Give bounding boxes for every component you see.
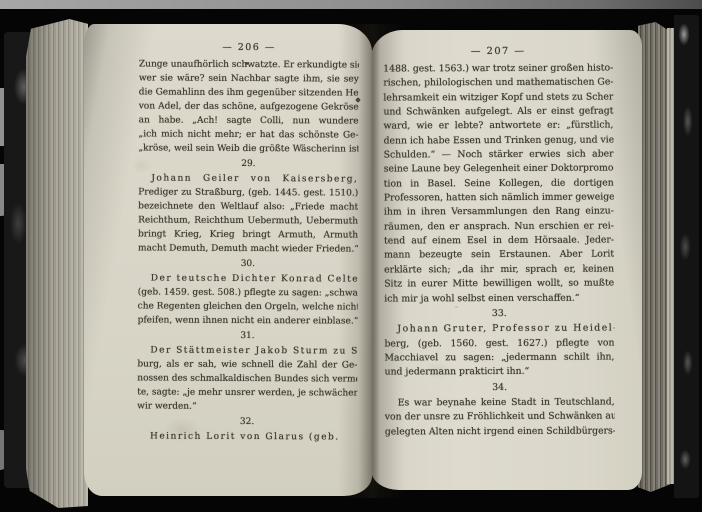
text-line: 1488. gest. 1563.) war trotz seiner groß… bbox=[383, 61, 613, 76]
text-line: Prediger zu Straßburg, (geb. 1445. gest.… bbox=[138, 185, 358, 200]
text-line: Professoren, hatten sich nämlich immer g… bbox=[384, 191, 614, 206]
page-fore-edge-right bbox=[638, 22, 670, 492]
text-line: bringt Krieg, Krieg bringt Armuth, Armut… bbox=[138, 227, 358, 242]
paragraph: Heinrich Lorit von Glarus (geb. bbox=[137, 429, 357, 444]
text-line: ward, wie er lebte? antwortete er: „fürs… bbox=[383, 119, 613, 134]
text-line: an habe. „Ach! sagte Colli, nun wundere bbox=[139, 113, 359, 128]
text-line: mann bezeugte sein Erstaunen. Aber Lorit bbox=[384, 248, 614, 263]
text-line: Johann Geiler von Kaisersberg, bbox=[138, 171, 358, 186]
text-line: Johann Gruter, Professor zu Heidel- bbox=[384, 322, 614, 337]
right-page-text: — 207 — 1488. gest. 1563.) war trotz sei… bbox=[383, 46, 615, 440]
text-line: lehrsamkeit ein witziger Kopf und stets … bbox=[383, 90, 613, 105]
section-number: 30. bbox=[138, 256, 358, 271]
paragraph: Der Stättmeister Jakob Sturm zu Straß-bu… bbox=[137, 343, 357, 414]
text-line: rischen, philologischen und mathematisch… bbox=[383, 76, 613, 91]
text-line: gelegten Alten nicht irgend einen Schild… bbox=[385, 424, 615, 439]
text-line: Sitz in eurer Mitte bewilligen wollt, so… bbox=[384, 277, 614, 292]
text-line: und jedermann prakticirt ihn.“ bbox=[385, 365, 615, 380]
text-line: „kröse, weil sein Weib die größte Wäsche… bbox=[138, 141, 358, 156]
paragraph: Zunge unaufhörlich schwatzte. Er erkundi… bbox=[138, 57, 359, 156]
text-line: Heinrich Lorit von Glarus (geb. bbox=[137, 429, 357, 444]
page-number-right: — 207 — bbox=[383, 46, 613, 58]
page-number-left: — 206 — bbox=[139, 41, 359, 53]
text-line: Der teutsche Dichter Konrad Celtes bbox=[138, 271, 358, 286]
photo-of-open-book: — 206 — Zunge unaufhörlich schwatzte. Er… bbox=[0, 0, 702, 512]
text-line: tend auf einem Esel in dem Hörsaale. Jed… bbox=[384, 234, 614, 249]
text-line: von Adel, der das schöne, aufgezogene Ge… bbox=[139, 99, 359, 114]
text-line: te, sagte: „je mehr unsrer werden, je sc… bbox=[137, 385, 357, 400]
page-fore-edge-left bbox=[26, 18, 88, 508]
text-line: seine Laune bey Gelegenheit einer Doktor… bbox=[384, 162, 614, 177]
section-number: 32. bbox=[137, 414, 357, 429]
text-line: berg, (geb. 1560. gest. 1627.) pflegte v… bbox=[384, 336, 614, 351]
section-number: 29. bbox=[138, 156, 358, 171]
text-line: (geb. 1459. gest. 508.) pflegte zu sagen… bbox=[138, 285, 358, 300]
left-page-text: — 206 — Zunge unaufhörlich schwatzte. Er… bbox=[137, 41, 359, 444]
ink-speck bbox=[500, 120, 503, 123]
text-line: erklärte sich; „da ihr mir, sprach er, k… bbox=[384, 262, 614, 277]
text-line: ich mir ja wohl selbst einen verschaffen… bbox=[384, 291, 614, 306]
ink-speck bbox=[455, 306, 458, 308]
left-page-blocks: Zunge unaufhörlich schwatzte. Er erkundi… bbox=[137, 57, 359, 444]
paragraph: Johann Gruter, Professor zu Heidel-berg,… bbox=[384, 322, 614, 380]
text-line: tion in Basel. Seine Kollegen, die dorti… bbox=[384, 176, 614, 191]
text-line: und Schwänken aufgelegt. Als er einst ge… bbox=[383, 105, 613, 120]
text-line: Der Stättmeister Jakob Sturm zu Straß- bbox=[137, 343, 357, 358]
text-line: räumen, den er ansprach. Nun erschien er… bbox=[384, 219, 614, 234]
text-line: Zunge unaufhörlich schwatzte. Er erkundi… bbox=[139, 57, 359, 72]
text-line: bezeichnete den Weltlauf also: „Friede m… bbox=[138, 199, 358, 214]
paragraph: Es war beynahe keine Stadt in Teutschlan… bbox=[385, 395, 615, 439]
paragraph: Der teutsche Dichter Konrad Celtes(geb. … bbox=[138, 271, 358, 328]
section-number: 34. bbox=[385, 380, 615, 395]
text-line: macht Demuth, Demuth macht wieder Friede… bbox=[138, 241, 358, 256]
text-line: ihm in ihren Versammlungen den Rang einz… bbox=[384, 205, 614, 220]
right-page-blocks: 1488. gest. 1563.) war trotz seiner groß… bbox=[383, 61, 615, 439]
paragraph: Johann Geiler von Kaisersberg,Prediger z… bbox=[138, 171, 358, 256]
text-line: wir werden.“ bbox=[137, 399, 357, 414]
text-line: Es war beynahe keine Stadt in Teutschlan… bbox=[385, 395, 615, 410]
text-line: nossen des schmalkaldischen Bundes sich … bbox=[137, 371, 357, 386]
text-line: che Regenten gleichen den Orgeln, welche… bbox=[138, 299, 358, 314]
paragraph: 1488. gest. 1563.) war trotz seiner groß… bbox=[383, 61, 614, 306]
section-number: 31. bbox=[137, 328, 357, 343]
text-line: von der unsre zu Fröhlichkeit und Schwän… bbox=[385, 410, 615, 425]
ink-speck bbox=[245, 62, 248, 65]
text-line: wer sie wäre? sein Nachbar sagte ihm, si… bbox=[139, 71, 359, 86]
text-line: „ich mich nicht mehr; er hat das schönst… bbox=[139, 127, 359, 142]
text-line: pfeifen, wenn ihnen nicht ein anderer ei… bbox=[138, 313, 358, 328]
text-line: burg, als er sah, wie schnell die Zahl d… bbox=[137, 357, 357, 372]
text-line: Schulden.“ — Noch stärker erwies sich ab… bbox=[384, 148, 614, 163]
text-line: die Gemahlinn des ihm gegenüber sitzende… bbox=[139, 85, 359, 100]
text-line: Reichthum, Reichthum Uebermuth, Uebermut… bbox=[138, 213, 358, 228]
section-number: 33. bbox=[384, 306, 614, 321]
text-line: Macchiavel zu sagen: „jedermann schilt i… bbox=[384, 350, 614, 365]
shelf-edge bbox=[0, 0, 702, 9]
marbled-cover-right bbox=[674, 15, 699, 498]
text-line: denn ich habe Essen und Trinken genug, u… bbox=[384, 133, 614, 148]
